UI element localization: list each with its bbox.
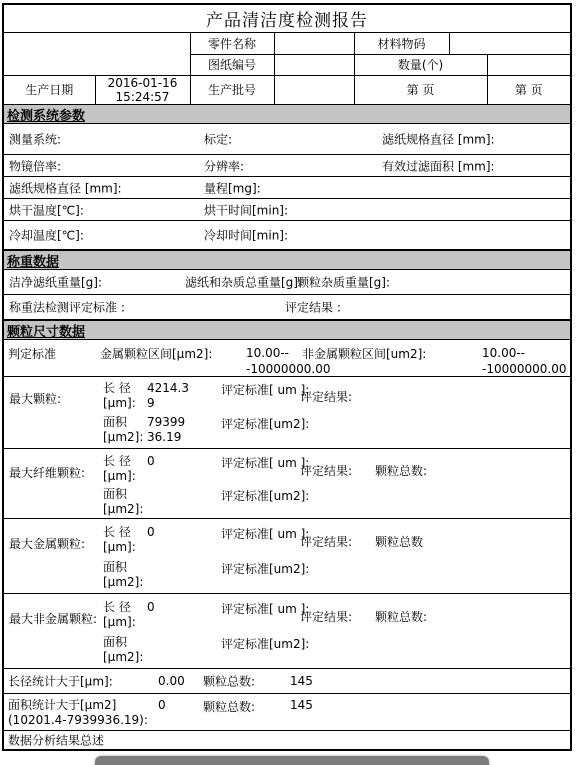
- max-metal-particle-label: 最大金属颗粒:: [9, 535, 85, 552]
- area-std-label: 评定标准[um2]:: [221, 560, 309, 577]
- max-nonmetal-particle-row: 最大非金属颗粒: 长 径 [μm]: 0 评定标准[ um ]: 评定结果: 颗…: [4, 594, 570, 669]
- area-label: 面积 [μm2]:: [103, 415, 151, 445]
- max-nonmetal-particle-label: 最大非金属颗粒:: [9, 610, 97, 627]
- total-count-label: 颗粒总数:: [375, 608, 427, 625]
- batch-no-value: [274, 75, 354, 104]
- total-count-label: 颗粒总数: [375, 533, 423, 550]
- area-value: 7939936.19: [147, 415, 189, 445]
- filter-diameter-label-1: 滤纸规格直径 [mm]:: [382, 131, 495, 148]
- clean-filter-weight-label: 洁净滤纸重量[g]:: [9, 274, 102, 291]
- length-std-label: 评定标准[ um ]:: [221, 454, 309, 471]
- weighing-criteria-label: 称重法检测评定标准 :: [9, 299, 125, 316]
- measure-system-label: 测量系统:: [9, 131, 61, 148]
- filter-impurity-total-weight-label: 滤纸和杂质总重量[g]:: [185, 274, 302, 291]
- result-label: 评定结果:: [300, 462, 352, 479]
- report-header-table: 产品清洁度检测报告 零件名称 材料物码 图纸编号 数量(个) 生产日期 2016…: [4, 5, 570, 104]
- length-std-label: 评定标准[ um ]:: [221, 525, 309, 542]
- max-particle-label: 最大颗粒:: [9, 390, 61, 407]
- section-system-params-title: 检测系统参数: [7, 105, 85, 124]
- area-label: 面积 [μm2]:: [103, 560, 151, 590]
- result-label: 评定结果:: [300, 388, 352, 405]
- resolution-label: 分辨率:: [204, 157, 244, 174]
- weighing-row-1: 洁净滤纸重量[g]: 滤纸和杂质总重量[g]: 颗粒杂质重量[g]:: [4, 270, 570, 295]
- length-value: 0: [147, 600, 189, 615]
- area-stat-label: 面积统计大于[μm2](10201.4-7939936.19):: [8, 698, 164, 728]
- length-stat-total-label: 颗粒总数:: [203, 673, 255, 690]
- part-name-value: [274, 32, 354, 54]
- sysparam-row-5: 冷却温度[℃]: 冷却时间[min]:: [4, 221, 570, 250]
- area-std-label: 评定标准[um2]:: [221, 487, 309, 504]
- section-particle-size: 颗粒尺寸数据: [4, 320, 570, 340]
- length-label: 长 径 [μm]:: [103, 525, 151, 555]
- material-code-label: 材料物码: [354, 32, 449, 54]
- length-std-label: 评定标准[ um ]:: [221, 381, 309, 398]
- particle-impurity-weight-label: 颗粒杂质重量[g]:: [297, 274, 390, 291]
- effective-filter-area-label: 有效过滤面积 [mm]:: [382, 157, 495, 174]
- production-date-label: 生产日期: [4, 75, 95, 104]
- sysparam-row-4: 烘干温度[℃]: 烘干时间[min]:: [4, 199, 570, 221]
- metal-range-label: 金属颗粒区间[μm2]:: [100, 345, 212, 362]
- summary-row: 数据分析结果总述: [4, 731, 570, 749]
- batch-no-label: 生产批号: [190, 75, 274, 104]
- length-label: 长 径 [μm]:: [103, 600, 151, 630]
- section-system-params: 检测系统参数: [4, 104, 570, 124]
- total-count-label: 颗粒总数:: [375, 462, 427, 479]
- drawing-no-value: [274, 54, 354, 75]
- result-label: 评定结果:: [300, 533, 352, 550]
- quantity-value: [487, 54, 570, 75]
- criteria-label: 判定标准: [8, 345, 56, 362]
- length-stat-value: 0.00: [158, 674, 185, 688]
- max-fiber-particle-label: 最大纤维颗粒:: [9, 464, 85, 481]
- length-std-label: 评定标准[ um ]:: [221, 600, 309, 617]
- drawing-no-label: 图纸编号: [190, 54, 274, 75]
- max-fiber-particle-row: 最大纤维颗粒: 长 径 [μm]: 0 评定标准[ um ]: 评定结果: 颗粒…: [4, 449, 570, 519]
- length-stat-total-value: 145: [290, 674, 313, 688]
- part-name-label: 零件名称: [190, 32, 274, 54]
- calibration-label: 标定:: [204, 131, 232, 148]
- max-metal-particle-row: 最大金属颗粒: 长 径 [μm]: 0 评定标准[ um ]: 评定结果: 颗粒…: [4, 519, 570, 594]
- area-stat-total-label: 颗粒总数:: [203, 698, 255, 715]
- section-weighing-title: 称重数据: [7, 251, 59, 270]
- cooling-temp-label: 冷却温度[℃]:: [9, 227, 84, 244]
- cooling-time-label: 冷却时间[min]:: [204, 227, 288, 244]
- area-stat-row: 面积统计大于[μm2](10201.4-7939936.19): 0 颗粒总数:…: [4, 694, 570, 731]
- section-particle-size-title: 颗粒尺寸数据: [7, 321, 85, 340]
- summary-label: 数据分析结果总述: [8, 732, 104, 749]
- range-mg-label: 量程[mg]:: [204, 179, 261, 196]
- page-right-label: 第 页: [487, 75, 570, 104]
- drying-time-label: 烘干时间[min]:: [204, 201, 288, 218]
- nonmetal-range-value: 10.00---10000000.00: [482, 345, 554, 377]
- area-label: 面积 [μm2]:: [103, 635, 151, 665]
- report-title: 产品清洁度检测报告: [4, 5, 570, 32]
- filter-diameter-label-2: 滤纸规格直径 [mm]:: [9, 179, 122, 196]
- objective-magnification-label: 物镜倍率:: [9, 157, 61, 174]
- length-stat-label: 长径统计大于[μm]:: [8, 673, 113, 690]
- cleanliness-report: 产品清洁度检测报告 零件名称 材料物码 图纸编号 数量(个) 生产日期 2016…: [2, 3, 572, 751]
- header-blank-cell: [4, 32, 190, 75]
- length-value: 4214.39: [147, 381, 189, 411]
- area-stat-value: 0: [158, 698, 166, 712]
- criteria-row: 判定标准 金属颗粒区间[μm2]: 10.00---10000000.00 非金…: [4, 340, 570, 377]
- material-code-value: [449, 32, 570, 54]
- page-left-label: 第 页: [354, 75, 487, 104]
- sysparam-row-2: 物镜倍率: 分辨率: 有效过滤面积 [mm]:: [4, 155, 570, 177]
- area-label: 面积 [μm2]:: [103, 487, 151, 517]
- nonmetal-range-label: 非金属颗粒区间[um2]:: [302, 345, 426, 362]
- result-label: 评定结果:: [300, 608, 352, 625]
- sysparam-row-3: 滤纸规格直径 [mm]: 量程[mg]:: [4, 177, 570, 199]
- length-value: 0: [147, 525, 189, 540]
- area-std-label: 评定标准[um2]:: [221, 635, 309, 652]
- length-label: 长 径 [μm]:: [103, 454, 151, 484]
- sysparam-row-1: 测量系统: 标定: 滤纸规格直径 [mm]:: [4, 124, 570, 155]
- length-value: 0: [147, 454, 189, 469]
- production-date-value: 2016-01-16 15:24:57: [95, 75, 190, 104]
- weighing-result-label: 评定结果 :: [285, 299, 341, 316]
- drying-temp-label: 烘干温度[℃]:: [9, 201, 84, 218]
- area-std-label: 评定标准[um2]:: [221, 415, 309, 432]
- background-window-edge[interactable]: [95, 756, 489, 765]
- area-stat-total-value: 145: [290, 698, 313, 712]
- weighing-row-2: 称重法检测评定标准 : 评定结果 :: [4, 295, 570, 320]
- section-weighing: 称重数据: [4, 250, 570, 270]
- max-particle-row: 最大颗粒: 长 径 [μm]: 4214.39 评定标准[ um ]: 评定结果…: [4, 377, 570, 449]
- quantity-label: 数量(个): [354, 54, 487, 75]
- length-stat-row: 长径统计大于[μm]: 0.00 颗粒总数: 145: [4, 669, 570, 694]
- length-label: 长 径 [μm]:: [103, 381, 151, 411]
